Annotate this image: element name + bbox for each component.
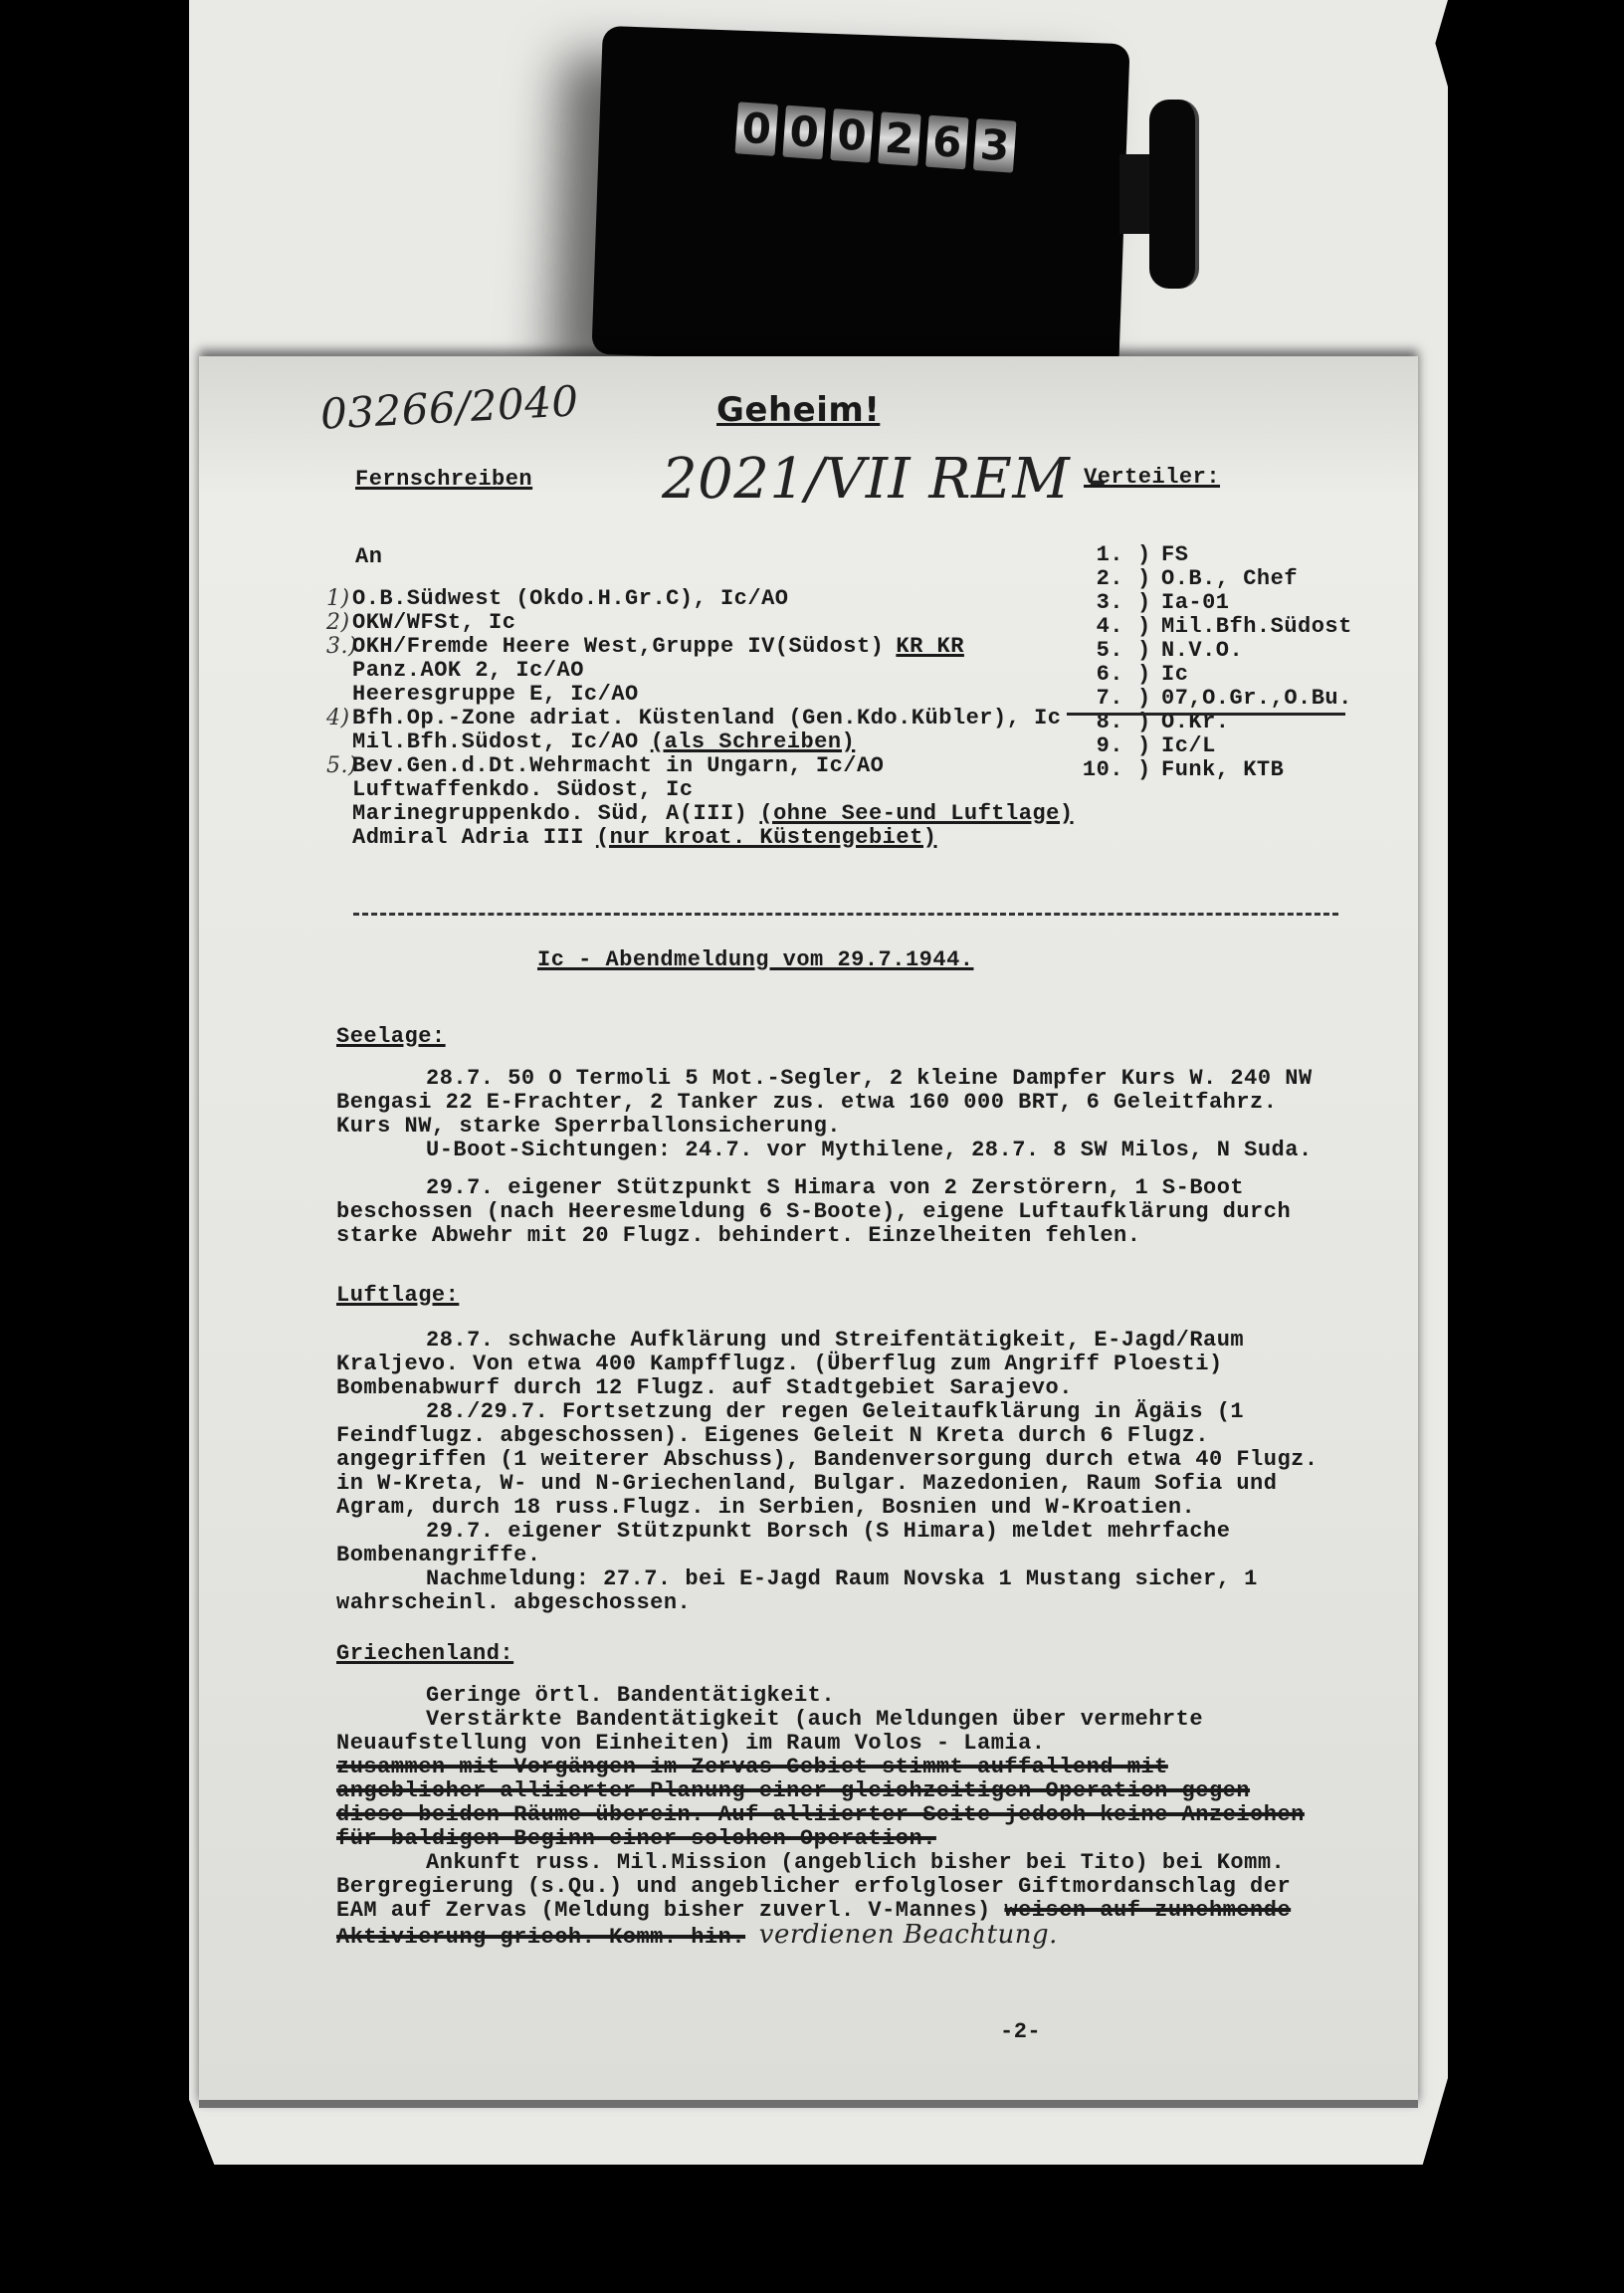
counter-digit: 0	[782, 105, 826, 160]
addressee-note: KR KR	[896, 635, 964, 659]
distribution-item-number: 10.	[1080, 758, 1123, 782]
distribution-item: 6.)Ic	[1080, 663, 1352, 687]
handwritten-reference: 2021/VII REM -	[662, 468, 1108, 492]
addressee-note: (nur kroat. Küstengebiet)	[596, 826, 937, 850]
counter-digit: 3	[973, 118, 1017, 173]
brace-icon: )	[1137, 639, 1147, 663]
addressee-marker	[326, 802, 352, 826]
distribution-item-label: 07,O.Gr.,O.Bu.	[1161, 687, 1352, 711]
distribution-item: 4.)Mil.Bfh.Südost	[1080, 615, 1352, 639]
counter-digit: 0	[830, 108, 874, 163]
brace-icon: )	[1137, 687, 1147, 711]
distribution-item-label: Ia-01	[1161, 591, 1230, 615]
addressee-note: (ohne See-und Luftlage)	[759, 802, 1073, 826]
addressee-text: Marinegruppenkdo. Süd, A(III)	[352, 802, 747, 826]
addressee-marker: 5.)	[326, 754, 352, 778]
distribution-item-label: Ic/L	[1161, 734, 1216, 758]
addressee-line: Luftwaffenkdo. Südost, Ic	[326, 778, 1074, 802]
addressee-line: 1)O.B.Südwest (Okdo.H.Gr.C), Ic/AO	[326, 587, 1074, 611]
distribution-item-number: 1.	[1080, 543, 1123, 567]
addressee-list: 1)O.B.Südwest (Okdo.H.Gr.C), Ic/AO2)OKW/…	[326, 587, 1074, 850]
paragraph: 28./29.7. Fortsetzung der regen Geleitau…	[336, 1400, 1321, 1520]
distribution-rule	[1067, 713, 1345, 716]
addressee-text: O.B.Südwest (Okdo.H.Gr.C), Ic/AO	[352, 587, 788, 611]
section-heading-griechenland: Griechenland:	[336, 1642, 513, 1666]
distribution-item-label: FS	[1161, 543, 1188, 567]
addressee-text: Panz.AOK 2, Ic/AO	[352, 659, 584, 683]
counter-digit: 0	[735, 102, 779, 156]
section-heading-luftlage: Luftlage:	[336, 1284, 459, 1308]
addressee-line: Admiral Adria III(nur kroat. Küstengebie…	[326, 826, 1074, 850]
brace-icon: )	[1137, 543, 1147, 567]
separator-line	[353, 913, 1338, 916]
paragraph: U-Boot-Sichtungen: 24.7. vor Mythilene, …	[336, 1139, 1321, 1162]
paragraph: Nachmeldung: 27.7. bei E-Jagd Raum Novsk…	[336, 1567, 1321, 1615]
distribution-item-number: 6.	[1080, 663, 1123, 687]
distribution-item-number: 9.	[1080, 734, 1123, 758]
handwritten-correction: verdienen Beachtung.	[759, 1920, 1058, 1950]
section-heading-seelage: Seelage:	[336, 1025, 446, 1049]
addressee-text: Bfh.Op.-Zone adriat. Küstenland (Gen.Kdo…	[352, 707, 1062, 730]
addressee-text: OKW/WFSt, Ic	[352, 611, 515, 635]
report-title: Ic - Abendmeldung vom 29.7.1944.	[537, 948, 973, 972]
section-body-seelage: 28.7. 50 O Termoli 5 Mot.-Segler, 2 klei…	[336, 1067, 1321, 1248]
addressee-line: Panz.AOK 2, Ic/AO	[326, 659, 1074, 683]
paragraph: 28.7. 50 O Termoli 5 Mot.-Segler, 2 klei…	[336, 1067, 1321, 1139]
distribution-item: 2.)O.B., Chef	[1080, 567, 1352, 591]
distribution-item: 1.)FS	[1080, 543, 1352, 567]
addressee-marker	[326, 730, 352, 754]
distribution-item-label: O.B., Chef	[1161, 567, 1298, 591]
classification-stamp: Geheim!	[716, 398, 880, 422]
brace-icon: )	[1137, 663, 1147, 687]
distribution-title: Verteiler:	[1084, 466, 1352, 490]
distribution-item: 3.)Ia-01	[1080, 591, 1352, 615]
addressee-marker: 2)	[326, 611, 352, 635]
distribution-item-number: 4.	[1080, 615, 1123, 639]
distribution-items: 1.)FS2.)O.B., Chef3.)Ia-014.)Mil.Bfh.Süd…	[1080, 543, 1352, 782]
distribution-item: 7.)07,O.Gr.,O.Bu.	[1080, 687, 1352, 711]
addressee-text: Admiral Adria III	[352, 826, 584, 850]
counter-digit: 6	[925, 115, 969, 170]
counter-digit: 2	[878, 111, 921, 166]
page-number: -2-	[1000, 2020, 1041, 2044]
addressee-marker: 3.)	[326, 635, 352, 659]
addressee-marker	[326, 826, 352, 850]
addressee-text: Luftwaffenkdo. Südost, Ic	[352, 778, 694, 802]
distribution-item-number: 3.	[1080, 591, 1123, 615]
distribution-item-number: 2.	[1080, 567, 1123, 591]
distribution-item-label: N.V.O.	[1161, 639, 1243, 663]
paragraph: 29.7. eigener Stützpunkt Borsch (S Himar…	[336, 1520, 1321, 1567]
distribution-item: 10.)Funk, KTB	[1080, 758, 1352, 782]
addressee-text: OKH/Fremde Heere West,Gruppe IV(Südost)	[352, 635, 884, 659]
addressee-note: (als Schreiben)	[651, 730, 856, 754]
brace-icon: )	[1137, 734, 1147, 758]
addressee-marker: 1)	[326, 587, 352, 611]
addressee-line: 3.)OKH/Fremde Heere West,Gruppe IV(Südos…	[326, 635, 1074, 659]
distribution-item-number: 7.	[1080, 687, 1123, 711]
brace-icon: )	[1137, 758, 1147, 782]
addressee-text: Heeresgruppe E, Ic/AO	[352, 683, 639, 707]
paragraph: 28.7. schwache Aufklärung und Streifentä…	[336, 1329, 1321, 1400]
distribution-item-label: Ic	[1161, 663, 1188, 687]
addressee-text: Bev.Gen.d.Dt.Wehrmacht in Ungarn, Ic/AO	[352, 754, 884, 778]
paragraph: Verstärkte Bandentätigkeit (auch Meldung…	[336, 1708, 1321, 1756]
addressee-line: 5.)Bev.Gen.d.Dt.Wehrmacht in Ungarn, Ic/…	[326, 754, 1074, 778]
distribution-item: 5.)N.V.O.	[1080, 639, 1352, 663]
paragraph: Ankunft russ. Mil.Mission (angeblich bis…	[336, 1851, 1321, 1950]
file-number: 03266/2040	[320, 389, 580, 427]
brace-icon: )	[1137, 591, 1147, 615]
paragraph: 29.7. eigener Stützpunkt S Himara von 2 …	[336, 1176, 1321, 1248]
counter-knob-icon	[1149, 100, 1199, 289]
distribution-item-number: 5.	[1080, 639, 1123, 663]
brace-icon: )	[1137, 615, 1147, 639]
addressee-marker	[326, 778, 352, 802]
addressee-line: Mil.Bfh.Südost, Ic/AO(als Schreiben)	[326, 730, 1074, 754]
frame-counter-device	[591, 26, 1129, 372]
addressee-line: 4)Bfh.Op.-Zone adriat. Küstenland (Gen.K…	[326, 707, 1074, 730]
addressee-label: An	[355, 545, 382, 569]
distribution-item: 9.)Ic/L	[1080, 734, 1352, 758]
struck-paragraph: zusammen mit Vorgängen im Zervas-Gebiet …	[336, 1756, 1321, 1851]
paragraph: Geringe örtl. Bandentätigkeit.	[336, 1684, 1321, 1708]
section-body-luftlage: 28.7. schwache Aufklärung und Streifentä…	[336, 1329, 1321, 1615]
distribution-item-label: Funk, KTB	[1161, 758, 1284, 782]
addressee-marker	[326, 683, 352, 707]
addressee-line: 2)OKW/WFSt, Ic	[326, 611, 1074, 635]
addressee-marker: 4)	[326, 707, 352, 730]
addressee-line: Heeresgruppe E, Ic/AO	[326, 683, 1074, 707]
brace-icon: )	[1137, 567, 1147, 591]
addressee-text: Mil.Bfh.Südost, Ic/AO	[352, 730, 639, 754]
section-body-griechenland: Geringe örtl. Bandentätigkeit. Verstärkt…	[336, 1684, 1321, 1950]
distribution-item-label: Mil.Bfh.Südost	[1161, 615, 1352, 639]
addressee-line: Marinegruppenkdo. Süd, A(III)(ohne See-u…	[326, 802, 1074, 826]
document-type: Fernschreiben	[355, 468, 532, 492]
addressee-marker	[326, 659, 352, 683]
distribution-list: Verteiler: 1.)FS2.)O.B., Chef3.)Ia-014.)…	[1080, 418, 1352, 830]
